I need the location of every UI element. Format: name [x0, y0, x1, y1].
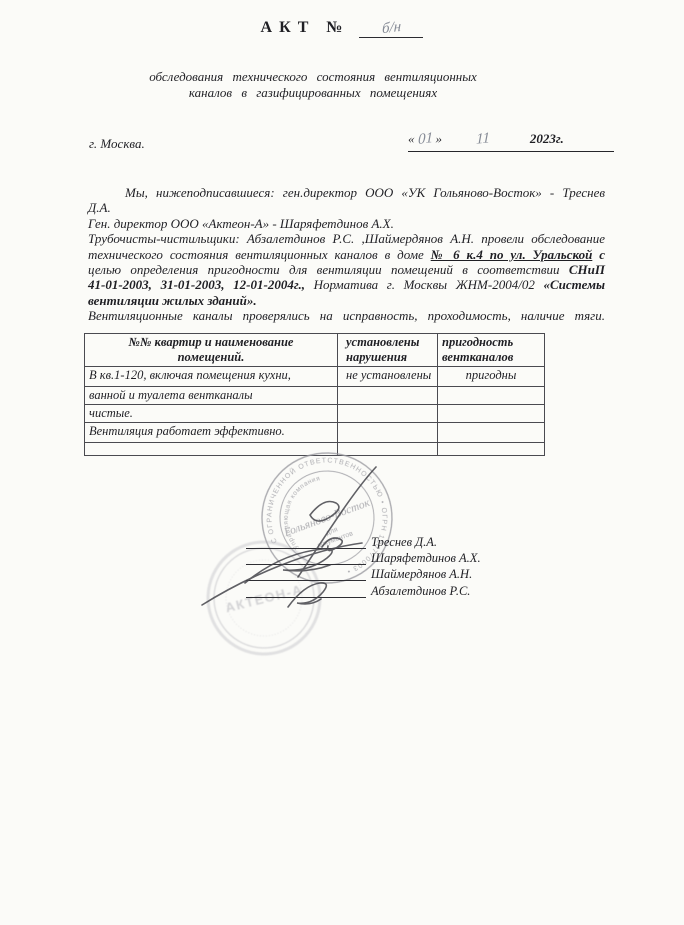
table-cell: чистые. — [85, 405, 338, 423]
body-text-segment: Ген. директор ООО «Актеон-А» - Шаряфетди… — [88, 216, 394, 231]
date-year: 2023г. — [530, 131, 564, 147]
city-label: г. Москва. — [89, 136, 145, 152]
body-line: Д.А. — [88, 200, 605, 215]
document-title: АКТ № — [261, 19, 350, 36]
signature-stroke-loop — [310, 502, 339, 522]
document-title-row: АКТ №б/н — [0, 19, 684, 38]
body-text-segment: Вентиляционные каналы проверялись на исп… — [88, 308, 605, 323]
table-row: ванной и туалета вентканалы — [85, 387, 545, 405]
body-text-segment: Д.А. — [88, 200, 111, 215]
document-subtitle: обследования технического состояния вент… — [58, 69, 568, 101]
body-text-segment: Трубочисты-чистильщики: Абзалетдинов Р.С… — [88, 231, 605, 246]
scanned-act-document: АКТ №б/н обследования технического состо… — [0, 0, 684, 925]
act-number-blank: б/н — [359, 19, 423, 38]
body-text-segment: № 6 к.4 по ул. Уральской — [431, 247, 593, 262]
body-text-segment: целью определения пригодности для вентил… — [88, 262, 569, 277]
table-cell: не установлены — [338, 367, 438, 387]
body-text-segment: «Системы — [544, 277, 605, 292]
signature-stroke-flourish — [202, 543, 362, 605]
table-cell: В кв.1-120, включая помещения кухни, — [85, 367, 338, 387]
table-cell — [338, 387, 438, 405]
table-header-cell: установлены нарушения — [338, 334, 438, 367]
body-line: Вентиляционные каналы проверялись на исп… — [88, 308, 605, 323]
date-quote-open: « — [408, 131, 415, 147]
table-cell — [438, 422, 545, 442]
table-header-cell: пригодность вентканалов — [438, 334, 545, 367]
body-line: Трубочисты-чистильщики: Абзалетдинов Р.С… — [88, 231, 605, 246]
date-line: « 01 » 11 2023г. — [408, 131, 614, 152]
body-line: Ген. директор ООО «Актеон-А» - Шаряфетди… — [88, 216, 605, 231]
table-row: чистые. — [85, 405, 545, 423]
table-row: В кв.1-120, включая помещения кухни,не у… — [85, 367, 545, 387]
body-line: технического состояния вентиляционных ка… — [88, 247, 605, 262]
table-cell — [338, 405, 438, 423]
body-line: 41-01-2003, 31-01-2003, 12-01-2004г., Но… — [88, 277, 605, 292]
body-paragraph: Мы, нижеподписавшиеся: ген.директор ООО … — [88, 185, 605, 324]
subtitle-line-1: обследования технического состояния вент… — [58, 69, 568, 85]
signature-stroke-3 — [245, 549, 332, 583]
table-cell — [438, 442, 545, 455]
body-text-segment: технического состояния вентиляционных ка… — [88, 247, 431, 262]
table-cell — [438, 405, 545, 423]
inspection-table-body: №№ квартир и наименование помещений.уста… — [85, 334, 545, 456]
signature-stroke-slash — [298, 467, 376, 577]
body-text-segment: 41-01-2003, 31-01-2003, 12-01-2004г., — [88, 277, 305, 292]
table-row: Вентиляция работает эффективно. — [85, 422, 545, 442]
table-cell: ванной и туалета вентканалы — [85, 387, 338, 405]
body-text-segment: Мы, нижеподписавшиеся: ген.директор ООО … — [125, 185, 605, 200]
signature-stroke-4 — [288, 583, 326, 607]
body-text-segment: вентиляции жилых зданий». — [88, 293, 257, 308]
table-cell: Вентиляция работает эффективно. — [85, 422, 338, 442]
act-number-handwritten: б/н — [382, 19, 401, 38]
body-line: целью определения пригодности для вентил… — [88, 262, 605, 277]
ink-signatures-layer — [190, 455, 410, 630]
body-line: Мы, нижеподписавшиеся: ген.директор ООО … — [88, 185, 605, 200]
body-text-segment: с — [592, 247, 605, 262]
table-cell: пригодны — [438, 367, 545, 387]
table-header-cell: №№ квартир и наименование помещений. — [85, 334, 338, 367]
body-line: вентиляции жилых зданий». — [88, 293, 605, 308]
body-text-segment: СНиП — [569, 262, 605, 277]
inspection-table: №№ квартир и наименование помещений.уста… — [84, 333, 545, 456]
table-header-row: №№ квартир и наименование помещений.уста… — [85, 334, 545, 367]
subtitle-line-2: каналов в газифицированных помещениях — [58, 85, 568, 101]
body-text-segment: Норматива г. Москвы ЖНМ-2004/02 — [305, 277, 544, 292]
date-month-handwritten: 11 — [476, 130, 490, 149]
table-cell — [338, 422, 438, 442]
table-cell — [438, 387, 545, 405]
date-quote-close: » — [436, 131, 443, 147]
date-day-handwritten: 01 — [417, 130, 432, 149]
